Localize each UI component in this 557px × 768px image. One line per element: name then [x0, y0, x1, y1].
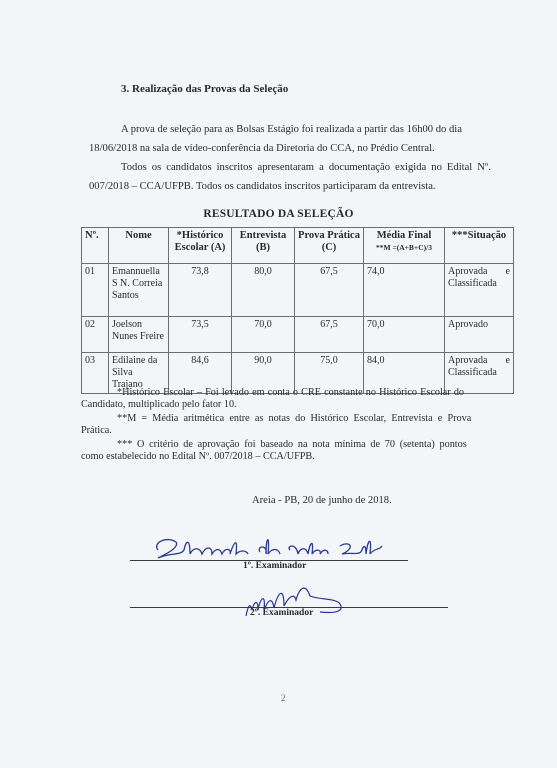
cell-media: 70,0	[364, 317, 445, 353]
header-prova: Prova Prática (C)	[295, 228, 364, 264]
cell-num: 03	[82, 353, 109, 394]
first-examiner-label: 1º. Examinador	[243, 561, 306, 571]
cell-situacao: Aprovada e Classificada	[445, 264, 514, 317]
note-1-line-2: Candidato, multiplicado pelo fator 10.	[81, 399, 237, 412]
cell-nome: Joelson Nunes Freire	[109, 317, 169, 353]
cell-historico: 73,8	[169, 264, 232, 317]
cell-nome: Emannuella S N. Correia Santos	[109, 264, 169, 317]
header-entrevista: Entrevista (B)	[232, 228, 295, 264]
header-historico: *Histórico Escolar (A)	[169, 228, 232, 264]
page-number: 2	[281, 693, 286, 703]
cell-situacao: Aprovado	[445, 317, 514, 353]
header-media-formula: **M =(A+B+C)/3	[367, 242, 441, 254]
header-media-label: Média Final	[377, 230, 432, 241]
header-num: Nº.	[82, 228, 109, 264]
note-2-line-2: Prática.	[81, 425, 112, 438]
second-examiner-label: 2º. Examinador	[250, 608, 313, 618]
paragraph-2-line-2: 007/2018 – CCA/UFPB. Todos os candidatos…	[89, 177, 436, 196]
header-nome: Nome	[109, 228, 169, 264]
note-1-line-1: *Histórico Escolar – Foi levado em conta…	[117, 387, 464, 400]
paragraph-2-line-1: Todos os candidatos inscritos apresentar…	[121, 158, 491, 177]
paragraph-1-line-2: 18/06/2018 na sala de vídeo-conferência …	[89, 139, 435, 158]
table-header-row: Nº. Nome *Histórico Escolar (A) Entrevis…	[82, 228, 514, 264]
table-row: 01 Emannuella S N. Correia Santos 73,8 8…	[82, 264, 514, 317]
cell-media: 74,0	[364, 264, 445, 317]
cell-entrevista: 70,0	[232, 317, 295, 353]
cell-entrevista: 80,0	[232, 264, 295, 317]
place-date: Areia - PB, 20 de junho de 2018.	[252, 491, 392, 510]
paragraph-1-line-1: A prova de seleção para as Bolsas Estági…	[121, 120, 462, 139]
note-3-line-1: *** O critério de aprovação foi baseado …	[117, 439, 467, 452]
note-2-line-1: **M = Média aritmética entre as notas do…	[117, 413, 471, 426]
section-title: 3. Realização das Provas da Seleção	[121, 83, 288, 95]
note-3-line-2: como estabelecido no Edital Nº. 007/2018…	[81, 451, 315, 464]
results-table: Nº. Nome *Histórico Escolar (A) Entrevis…	[81, 227, 514, 394]
table-row: 02 Joelson Nunes Freire 73,5 70,0 67,5 7…	[82, 317, 514, 353]
cell-historico: 73,5	[169, 317, 232, 353]
table-title: RESULTADO DA SELEÇÃO	[0, 208, 557, 220]
cell-num: 02	[82, 317, 109, 353]
cell-prova: 67,5	[295, 317, 364, 353]
cell-num: 01	[82, 264, 109, 317]
cell-prova: 67,5	[295, 264, 364, 317]
header-situacao: ***Situação	[445, 228, 514, 264]
header-media: Média Final **M =(A+B+C)/3	[364, 228, 445, 264]
